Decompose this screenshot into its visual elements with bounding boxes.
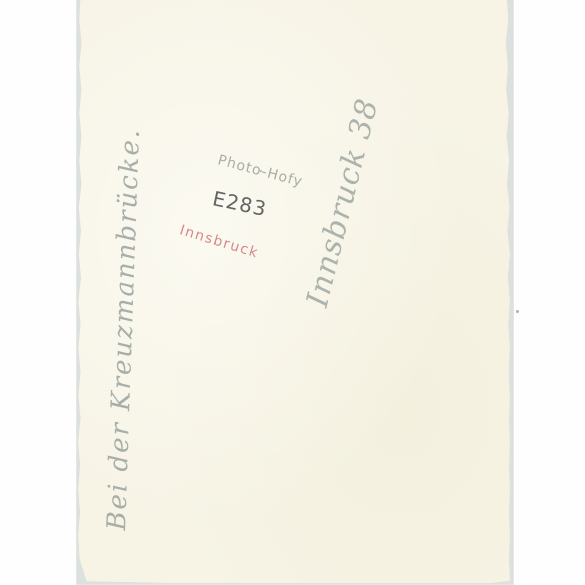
dust-speck: [260, 170, 262, 172]
scan-canvas: Photo-Hofy E283 Innsbruck Bei der Kreuzm…: [0, 0, 585, 585]
photo-back-paper: [78, 0, 510, 583]
dust-speck: [516, 310, 519, 313]
